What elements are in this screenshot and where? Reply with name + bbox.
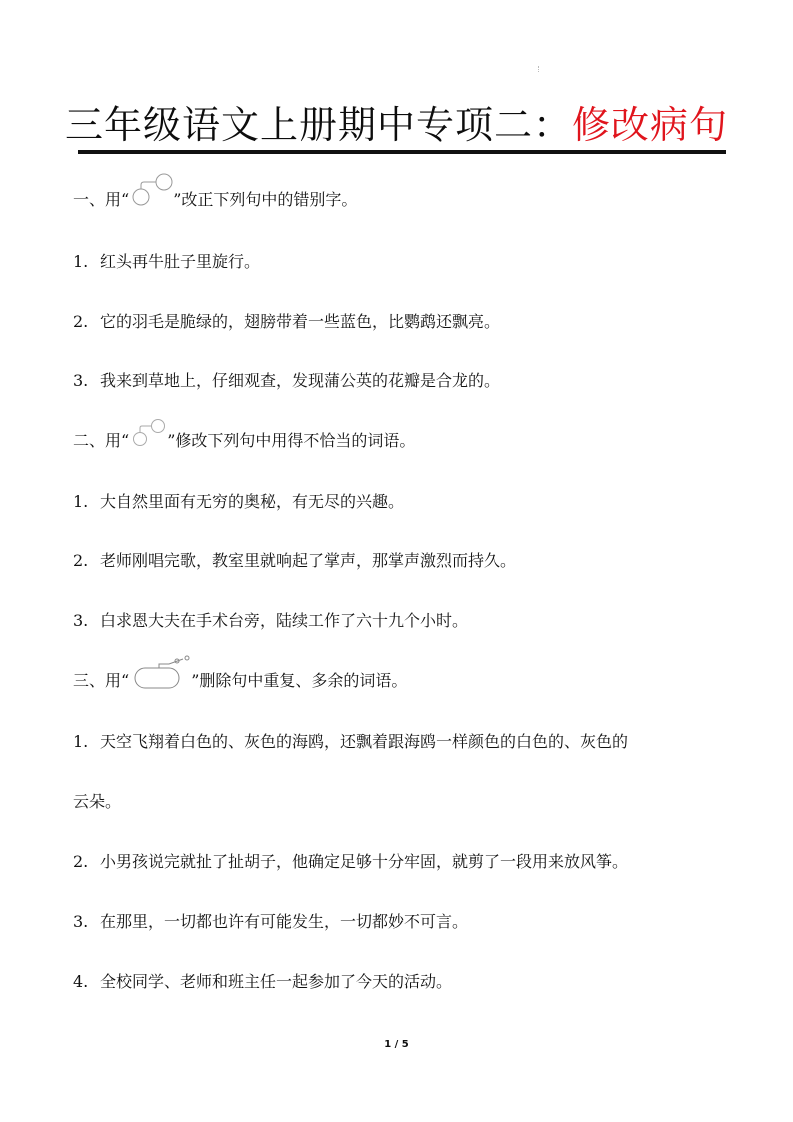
document-page: 三年级语文上册期中专项二：修改病句 一、用“”改正下列句中的错别字。 1.红头再… [0,0,793,1122]
title-divider [78,150,726,154]
section-3-heading: 三、用“”删除句中重复、多余的词语。 [73,670,407,692]
list-item: 2.它的羽毛是脆绿的，翅膀带着一些蓝色，比鹦鹉还飘亮。 [73,311,500,333]
delete-mark-icon [129,670,191,686]
list-item-continuation: 云朵。 [73,791,121,813]
replace-mark-icon [129,430,167,446]
page-number: 1 / 5 [0,1039,793,1050]
list-item: 1.红头再牛肚子里旋行。 [73,251,260,273]
title-main: 三年级语文上册期中专项二： [65,103,572,147]
list-item: 2.小男孩说完就扯了扯胡子，他确定足够十分牢固，就剪了一段用来放风筝。 [73,851,628,873]
list-item: 1.大自然里面有无穷的奥秘，有无尽的兴趣。 [73,491,404,513]
section-1-heading: 一、用“”改正下列句中的错别字。 [73,189,357,211]
title-highlight: 修改病句 [572,103,728,147]
list-item: 3.白求恩大夫在手术台旁，陆续工作了六十九个小时。 [73,610,468,632]
page-title: 三年级语文上册期中专项二：修改病句 [0,100,793,150]
scan-mark [538,66,542,72]
list-item: 1.天空飞翔着白色的、灰色的海鸥，还飘着跟海鸥一样颜色的白色的、灰色的 [73,731,628,753]
section-2-heading: 二、用“”修改下列句中用得不恰当的词语。 [73,430,415,452]
correction-mark-icon [129,189,173,205]
list-item: 3.我来到草地上，仔细观查，发现蒲公英的花瓣是合龙的。 [73,370,500,392]
list-item: 2.老师刚唱完歌，教室里就响起了掌声，那掌声激烈而持久。 [73,550,516,572]
list-item: 4.全校同学、老师和班主任一起参加了今天的活动。 [73,971,452,993]
list-item: 3.在那里，一切都也许有可能发生，一切都妙不可言。 [73,911,468,933]
